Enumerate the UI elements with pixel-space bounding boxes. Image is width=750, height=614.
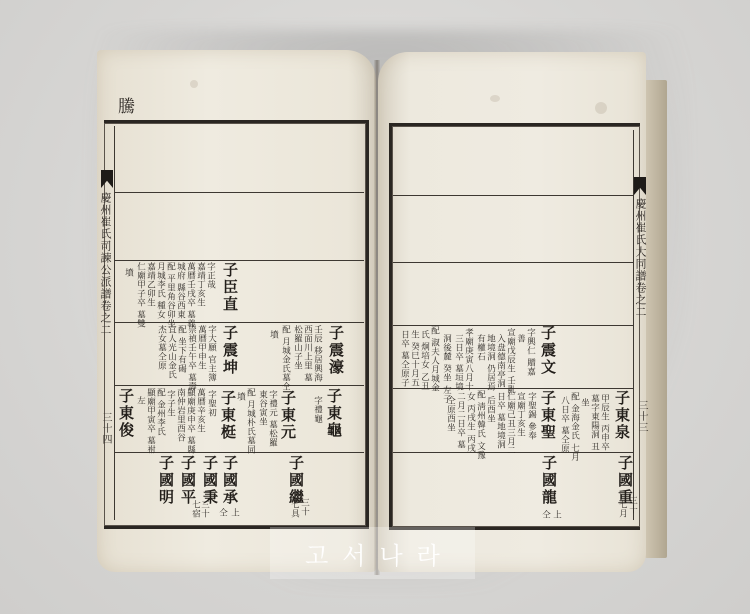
genealogy-name: 子震文 xyxy=(540,325,555,376)
right-page-print-frame xyxy=(389,123,640,530)
genealogy-note: 顯廟庚申卒 墓縣 xyxy=(186,388,195,454)
genealogy-note: 字聖錫 參奉 xyxy=(527,392,536,440)
genealogy-note: 墳 xyxy=(236,392,245,401)
genealogy-note: 嘉靖乙卯生 xyxy=(146,262,155,307)
genealogy-note: 萬曆壬戌卒 墓義 xyxy=(186,262,195,328)
right-spine-label: 慶州崔氏大同譜卷之二 xyxy=(635,198,646,318)
paper-stain xyxy=(595,102,607,114)
genealogy-name: 子東龜 xyxy=(326,388,341,439)
genealogy-note: 配 金州李氏 xyxy=(156,388,165,436)
book-page-edges xyxy=(645,80,667,558)
genealogy-note: 仁廟甲子卒 墓雙 xyxy=(136,262,145,328)
row-divider xyxy=(393,195,633,196)
left-page-number: 三十四 xyxy=(100,412,110,445)
genealogy-note: 仝 xyxy=(218,508,227,517)
genealogy-name: 子國明 xyxy=(158,455,173,506)
row-divider xyxy=(114,192,364,193)
paper-stain xyxy=(190,80,198,88)
genealogy-note: 三日卒 墓垣境 xyxy=(454,334,463,391)
genealogy-name: 子國秉 xyxy=(202,455,217,506)
genealogy-note: 配 月城金氏墓仝 xyxy=(281,325,290,391)
genealogy-note: 字子生 xyxy=(166,390,175,417)
genealogy-note: 墳 xyxy=(269,330,278,339)
genealogy-name: 子東俊 xyxy=(118,388,133,439)
genealogy-note: 字禮元 墓松羅 xyxy=(268,390,277,447)
genealogy-name: 子國平 xyxy=(180,455,195,506)
genealogy-note: 配 淸州韓氏 文豫 xyxy=(476,390,485,459)
genealogy-note: 有權石 xyxy=(476,334,485,361)
genealogy-note: 上 xyxy=(230,508,239,517)
genealogy-note: 配 淑夫人月城金 xyxy=(430,326,439,392)
genealogy-note: 七具 xyxy=(290,500,299,518)
genealogy-note: 西面川上里 墓 xyxy=(303,325,312,382)
genealogy-note: 孝廟庚寅八月十 xyxy=(464,328,473,391)
left-page-header-char: 騰 xyxy=(118,92,135,117)
genealogy-note: 洞後麓 癸坐 左子 xyxy=(442,334,451,403)
row-divider xyxy=(393,262,633,263)
genealogy-note: 城府 縣谷西東 xyxy=(176,262,185,319)
genealogy-note: 后酉坐 xyxy=(486,396,495,423)
genealogy-note: 萬曆甲申生 xyxy=(197,325,206,370)
genealogy-note: 宣廟丁亥生 xyxy=(516,392,525,437)
paper-stain xyxy=(490,95,500,102)
row-divider xyxy=(114,385,364,386)
genealogy-note: 顯廟甲寅卒 墓祔 xyxy=(146,388,155,454)
genealogy-note: 萬曆辛亥生 xyxy=(196,388,205,433)
genealogy-note: 字興仁 贈嘉 xyxy=(526,328,535,376)
genealogy-note: 松羅山子坐 xyxy=(293,325,302,370)
genealogy-note: 坐 xyxy=(580,398,589,407)
genealogy-note: 日卒 墓地境洞 xyxy=(496,392,505,449)
genealogy-note: 生 癸巳十月五 xyxy=(410,330,419,387)
row-divider xyxy=(393,325,633,326)
genealogy-note: 東谷寅坐 xyxy=(258,390,267,426)
watermark: 고서나라 xyxy=(270,527,475,579)
genealogy-note: 墳 xyxy=(124,268,133,277)
genealogy-name: 子國龍 xyxy=(541,455,556,506)
genealogy-note: 左 xyxy=(136,396,145,405)
genealogy-note: 女 丙戌生 丙戌 xyxy=(466,392,475,452)
genealogy-name: 子東泉 xyxy=(614,390,629,441)
genealogy-note: 三十 xyxy=(200,500,209,518)
genealogy-name: 子臣直 xyxy=(222,262,237,313)
genealogy-note: 字大願 官主簿 xyxy=(207,325,216,382)
genealogy-note: 配 金海金氏 七月 xyxy=(570,392,579,461)
genealogy-note: 仁廟己丑三月二 xyxy=(506,392,515,455)
genealogy-note: 月城李氏 種女 xyxy=(156,262,165,319)
genealogy-note: 三十 xyxy=(628,496,637,514)
genealogy-name: 子東元 xyxy=(280,390,295,441)
genealogy-note: 杰女墓仝原 xyxy=(157,325,166,370)
right-page-number: 三十三 xyxy=(636,400,646,433)
genealogy-note: 宣廟戊辰生 壬亂 xyxy=(506,328,515,394)
genealogy-note: 仝原酉坐 xyxy=(446,396,455,432)
genealogy-note: 南仲岩里酉谷 xyxy=(176,388,185,442)
row-divider xyxy=(114,260,364,261)
genealogy-name: 子震濠 xyxy=(328,325,343,376)
genealogy-note: 上 xyxy=(552,510,561,519)
genealogy-note: 地境洞 仍居焉 xyxy=(486,334,495,391)
genealogy-name: 子震坤 xyxy=(222,325,237,376)
genealogy-note: 入盘德南亭洞 xyxy=(496,334,505,388)
left-spine-label: 慶州崔氏司諫公派譜卷之二 xyxy=(100,192,111,336)
genealogy-note: 配 平里角谷卯坐 xyxy=(166,262,175,328)
genealogy-note: 日卒 墓仝原子 xyxy=(400,330,409,387)
genealogy-note: 崇禎壬午卒 墓壽 xyxy=(187,325,196,391)
row-divider xyxy=(114,322,364,323)
genealogy-name: 子東梃 xyxy=(220,390,235,441)
genealogy-note: 仝 xyxy=(541,510,550,519)
genealogy-note: 七宿 xyxy=(191,500,200,518)
genealogy-note: 字聖初 xyxy=(207,390,216,417)
genealogy-name: 子國承 xyxy=(222,455,237,506)
genealogy-note: 墓字東陽洞 丑 xyxy=(590,394,599,451)
genealogy-note: 嘉靖丁亥生 xyxy=(196,262,205,307)
genealogy-note: 善 xyxy=(516,334,525,343)
left-spine-column-rule xyxy=(114,126,115,520)
genealogy-note: 八日卒 墓仝原 xyxy=(560,396,569,453)
genealogy-note: 七月 xyxy=(618,500,627,518)
genealogy-note: 字禮龜 xyxy=(313,396,322,423)
genealogy-name: 子東聖 xyxy=(540,390,555,441)
genealogy-note: 配 坐下有碣 xyxy=(177,325,186,373)
genealogy-note: 甲辰生 丙申卒 xyxy=(600,394,609,451)
genealogy-note: 三十 xyxy=(300,498,309,516)
genealogy-note: 字正哉 xyxy=(206,262,215,289)
genealogy-note: 壬辰 移居興海 xyxy=(313,325,322,382)
genealogy-note: 宜人光山金氏 xyxy=(167,325,176,379)
genealogy-note: 氏 炯培女 乙丑 xyxy=(420,330,429,390)
genealogy-note: 二月二日卒 墓 xyxy=(456,392,465,449)
genealogy-note: 配 月城朴氏墓同 xyxy=(246,388,255,454)
